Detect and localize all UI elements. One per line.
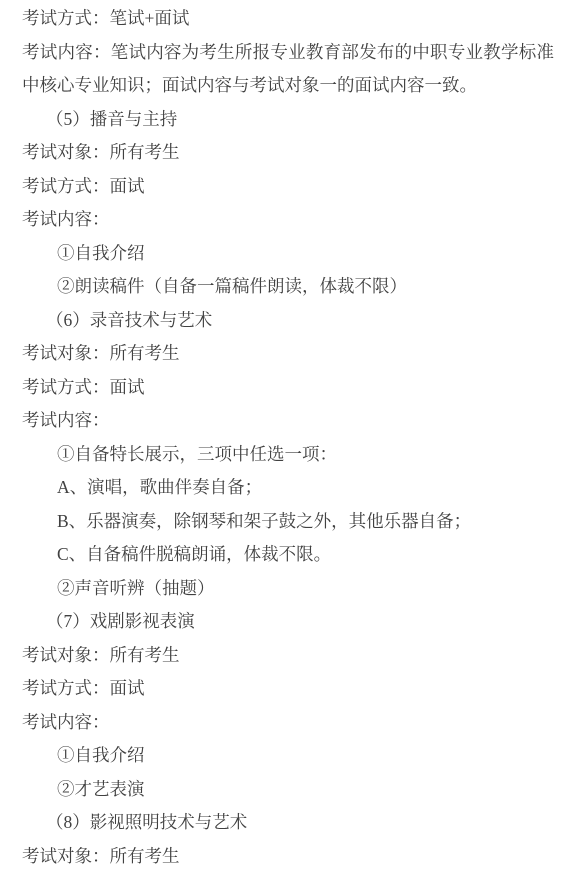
section-heading: （5）播音与主持 xyxy=(22,103,554,137)
text-line: 考试方式：面试 xyxy=(22,672,554,706)
text-line: 考试内容：笔试内容为考生所报专业教育部发布的中职专业教学标准 xyxy=(22,36,554,70)
list-item: ①自我介绍 xyxy=(22,237,554,271)
list-item: ②才艺表演 xyxy=(22,773,554,807)
text-line: 考试内容： xyxy=(22,706,554,740)
text-line: 中核心专业知识；面试内容与考试对象一的面试内容一致。 xyxy=(22,69,554,103)
text-line: 考试对象：所有考生 xyxy=(22,337,554,371)
text-line: 考试内容： xyxy=(22,203,554,237)
list-item: B、乐器演奏，除钢琴和架子鼓之外，其他乐器自备； xyxy=(22,505,554,539)
text-line: 考试内容： xyxy=(22,404,554,438)
list-item: ①自备特长展示，三项中任选一项： xyxy=(22,438,554,472)
text-line: 考试对象：所有考生 xyxy=(22,639,554,673)
list-item: ①自我介绍 xyxy=(22,739,554,773)
list-item: ②朗读稿件（自备一篇稿件朗读，体裁不限） xyxy=(22,270,554,304)
document-page: 考试方式：笔试+面试 考试内容：笔试内容为考生所报专业教育部发布的中职专业教学标… xyxy=(0,0,578,876)
section-heading: （8）影视照明技术与艺术 xyxy=(22,806,554,840)
list-item: C、自备稿件脱稿朗诵，体裁不限。 xyxy=(22,538,554,572)
text-line: 考试对象：所有考生 xyxy=(22,840,554,874)
text-line: 考试方式：面试 xyxy=(22,170,554,204)
section-heading: （7）戏剧影视表演 xyxy=(22,605,554,639)
text-line: 考试方式：笔试+面试 xyxy=(22,2,554,36)
list-item: A、演唱，歌曲伴奏自备； xyxy=(22,471,554,505)
section-heading: （6）录音技术与艺术 xyxy=(22,304,554,338)
text-line: 考试对象：所有考生 xyxy=(22,136,554,170)
list-item: ②声音听辨（抽题） xyxy=(22,572,554,606)
text-line: 考试方式：面试 xyxy=(22,371,554,405)
